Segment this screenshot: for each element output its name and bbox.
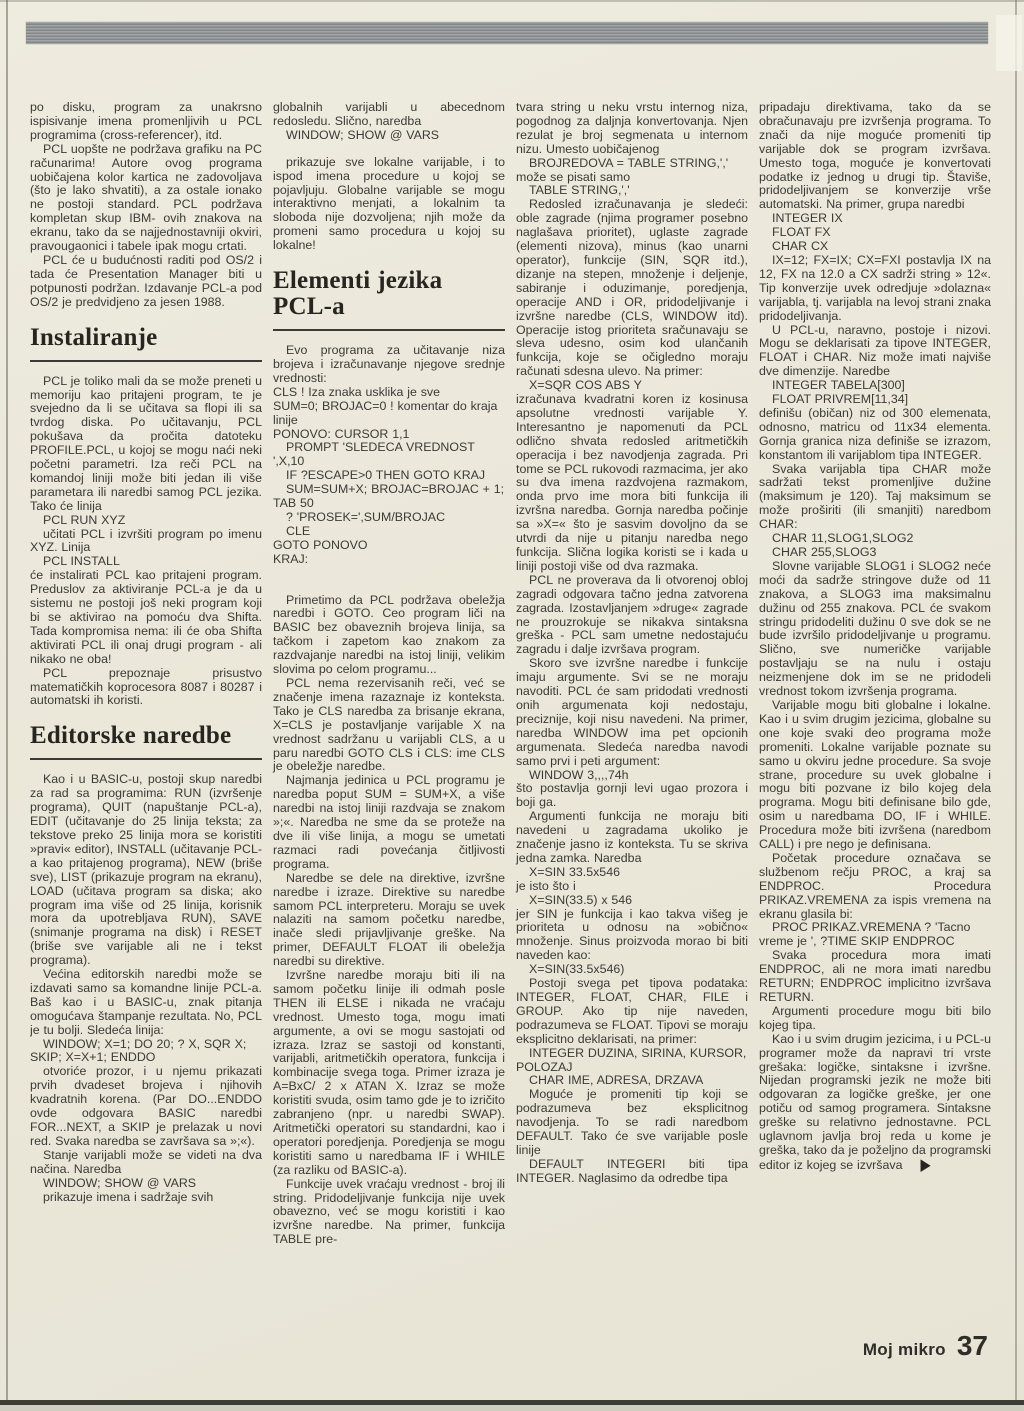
- paragraph: Početak procedure označava se službenom …: [759, 852, 991, 922]
- magazine-page: { "page": { "background": "#ebe8db", "in…: [0, 0, 1024, 1411]
- code-line: CHAR IME, ADRESA, DRZAVA: [516, 1074, 748, 1088]
- paragraph: Najmanja jedinica u PCL programu je nare…: [273, 774, 505, 871]
- section-heading-editorske-naredbe: Editorske naredbe: [30, 723, 262, 760]
- paragraph: Primetimo da PCL podržava obeležja nared…: [273, 594, 505, 677]
- paragraph: pripadaju direktivama, tako da se obraču…: [759, 101, 991, 212]
- article-columns: po disku, program za unakrsno ispisivanj…: [30, 101, 992, 1321]
- paragraph: IX=12; FX=IX; CX=FXI postavlja IX na 12,…: [759, 254, 991, 324]
- paragraph: tvara string u neku vrstu internog niza,…: [516, 101, 748, 157]
- paragraph: Većina editorskih naredbi može se izdava…: [30, 968, 262, 1038]
- code-line: ? 'PROSEK=',SUM/BROJAC: [273, 511, 505, 525]
- code-line: TABLE STRING,',': [516, 184, 748, 198]
- code-line: WINDOW; SHOW @ VARS: [273, 129, 505, 143]
- code-line: FLOAT FX: [759, 226, 991, 240]
- paragraph: što postavlja gornji levi ugao prozora i…: [516, 782, 748, 810]
- code-line: SUM=0; BROJAC=0 ! komentar do kraja lini…: [273, 400, 505, 428]
- paragraph: izračunava kvadratni koren iz kosinusa a…: [516, 393, 748, 574]
- column-4: pripadaju direktivama, tako da se obraču…: [759, 101, 991, 1321]
- code-line: INTEGER IX: [759, 212, 991, 226]
- paragraph: PCL uopšte ne podržava grafiku na PC rač…: [30, 143, 262, 254]
- paragraph: PCL prepoznaje prisustvo matematičkih ko…: [30, 667, 262, 709]
- paragraph: Skoro sve izvršne naredbe i funkcije ima…: [516, 657, 748, 768]
- code-line: IF ?ESCAPE>0 THEN GOTO KRAJ: [273, 469, 505, 483]
- closing-paragraph: Kao i u svim drugim jezicima, i u PCL-u …: [759, 1033, 991, 1173]
- code-line: SUM=SUM+X; BROJAC=BROJAC + 1; TAB 50: [273, 483, 505, 511]
- paragraph: je isto što i: [516, 880, 748, 894]
- paragraph: PCL nema rezervisanih reči, već se znače…: [273, 677, 505, 774]
- code-line: WINDOW; X=1; DO 20; ? X, SQR X; SKIP; X=…: [30, 1038, 262, 1066]
- code-line: CHAR CX: [759, 240, 991, 254]
- paragraph: Kao i u BASIC-u, postoji skup naredbi za…: [30, 773, 262, 968]
- code-line: PROMPT 'SLEDECA VREDNOST ',X,10: [273, 441, 505, 469]
- paragraph: Evo programa za učitavanje niza brojeva …: [273, 344, 505, 386]
- paragraph: Naredbe se dele na direktive, izvršne na…: [273, 872, 505, 969]
- paragraph: U PCL-u, naravno, postoje i nizovi. Mogu…: [759, 324, 991, 380]
- code-line: CLE: [273, 525, 505, 539]
- paragraph: DEFAULT INTEGERI biti tipa INTEGER. Nagl…: [516, 1158, 748, 1186]
- paragraph: Funkcije uvek vraćaju vrednost - broj il…: [273, 1178, 505, 1248]
- code-line: BROJREDOVA = TABLE STRING,',': [516, 157, 748, 171]
- page-edge-right: [1015, 0, 1017, 1403]
- scan-artifact-box: [996, 15, 1022, 71]
- page-edge-top: [0, 0, 1024, 2]
- code-line: X=SQR COS ABS Y: [516, 379, 748, 393]
- page-edge-left: [6, 0, 8, 1403]
- page-footer: Moj mikro 37: [863, 1330, 988, 1362]
- code-line: X=SIN(33.5) x 546: [516, 894, 748, 908]
- paragraph: Argumenti funkcija ne moraju biti navede…: [516, 810, 748, 866]
- code-line: INTEGER DUZINA, SIRINA, KURSOR, POLOZAJ: [516, 1047, 748, 1075]
- column-2: globalnih varijabli u abecednom redosled…: [273, 101, 505, 1321]
- code-line: KRAJ:: [273, 553, 505, 567]
- code-line: CLS ! Iza znaka usklika je sve: [273, 386, 505, 400]
- paragraph: će instalirati PCL kao pritajeni program…: [30, 569, 262, 666]
- paragraph: PCL će u budućnosti raditi pod OS/2 i ta…: [30, 254, 262, 310]
- paragraph: globalnih varijabli u abecednom redosled…: [273, 101, 505, 129]
- paragraph: PCL je toliko mali da se može preneti u …: [30, 375, 262, 514]
- paragraph: prikazuje imena i sadržaje svih: [30, 1191, 262, 1205]
- column-1: po disku, program za unakrsno ispisivanj…: [30, 101, 262, 1321]
- code-line: WINDOW; SHOW @ VARS: [30, 1177, 262, 1191]
- section-heading-elementi-jezika: Elementi jezika PCL-a: [273, 268, 505, 331]
- continuation-arrow-icon: ▶: [907, 1156, 930, 1173]
- section-heading-instaliranje: Instaliranje: [30, 325, 262, 362]
- code-line: PONOVO: CURSOR 1,1: [273, 428, 505, 442]
- paragraph: PCL ne proverava da li otvorenoj obloj z…: [516, 574, 748, 657]
- code-line: X=SIN(33.5x546): [516, 963, 748, 977]
- paragraph: Argumenti procedure mogu biti bilo kojeg…: [759, 1005, 991, 1033]
- code-line: PCL RUN XYZ: [30, 514, 262, 528]
- code-line: INTEGER TABELA[300]: [759, 379, 991, 393]
- paragraph: Postoji svega pet tipova podataka: INTEG…: [516, 977, 748, 1047]
- code-line: FLOAT PRIVREM[11,34]: [759, 393, 991, 407]
- paragraph: učitati PCL i izvršiti program po imenu …: [30, 528, 262, 556]
- paragraph: Svaka procedura mora imati ENDPROC, ali …: [759, 949, 991, 1005]
- code-line: GOTO PONOVO: [273, 539, 505, 553]
- page-number: 37: [957, 1330, 988, 1362]
- code-line: PROC PRIKAZ.VREMENA ? 'Tacno vreme je ',…: [759, 921, 991, 949]
- paragraph: Slovne varijable SLOG1 i SLOG2 neće moći…: [759, 560, 991, 699]
- paragraph: otvoriće prozor, i u njemu prikazati prv…: [30, 1065, 262, 1148]
- paragraph: po disku, program za unakrsno ispisivanj…: [30, 101, 262, 143]
- paragraph: Stanje varijabli može se videti na dva n…: [30, 1149, 262, 1177]
- paragraph: prikazuje sve lokalne varijable, i to is…: [273, 156, 505, 253]
- next-page-sliver: [0, 1405, 1024, 1411]
- paragraph: može se pisati samo: [516, 171, 748, 185]
- paragraph: Svaka varijabla tipa CHAR može sadržati …: [759, 463, 991, 533]
- paragraph: Izvršne naredbe moraju biti ili na samom…: [273, 969, 505, 1178]
- paragraph: Moguće je promeniti tip koji se podrazum…: [516, 1088, 748, 1158]
- code-line: X=SIN 33.5x546: [516, 866, 748, 880]
- magazine-name: Moj mikro: [863, 1340, 946, 1360]
- paragraph: Redosled izračunavanja je sledeći: oble …: [516, 198, 748, 379]
- paragraph-text: Kao i u svim drugim jezicima, i u PCL-u …: [759, 1032, 991, 1172]
- code-line: WINDOW 3,,,,74h: [516, 769, 748, 783]
- code-line: CHAR 11,SLOG1,SLOG2: [759, 532, 991, 546]
- paragraph: Varijable mogu biti globalne i lokalne. …: [759, 699, 991, 852]
- code-line: CHAR 255,SLOG3: [759, 546, 991, 560]
- paragraph: definišu (običan) niz od 300 elemenata, …: [759, 407, 991, 463]
- column-3: tvara string u neku vrstu internog niza,…: [516, 101, 748, 1321]
- striped-header-rule: [26, 22, 988, 44]
- code-line: PCL INSTALL: [30, 555, 262, 569]
- paragraph: jer SIN je funkcija i kao takva višeg je…: [516, 908, 748, 964]
